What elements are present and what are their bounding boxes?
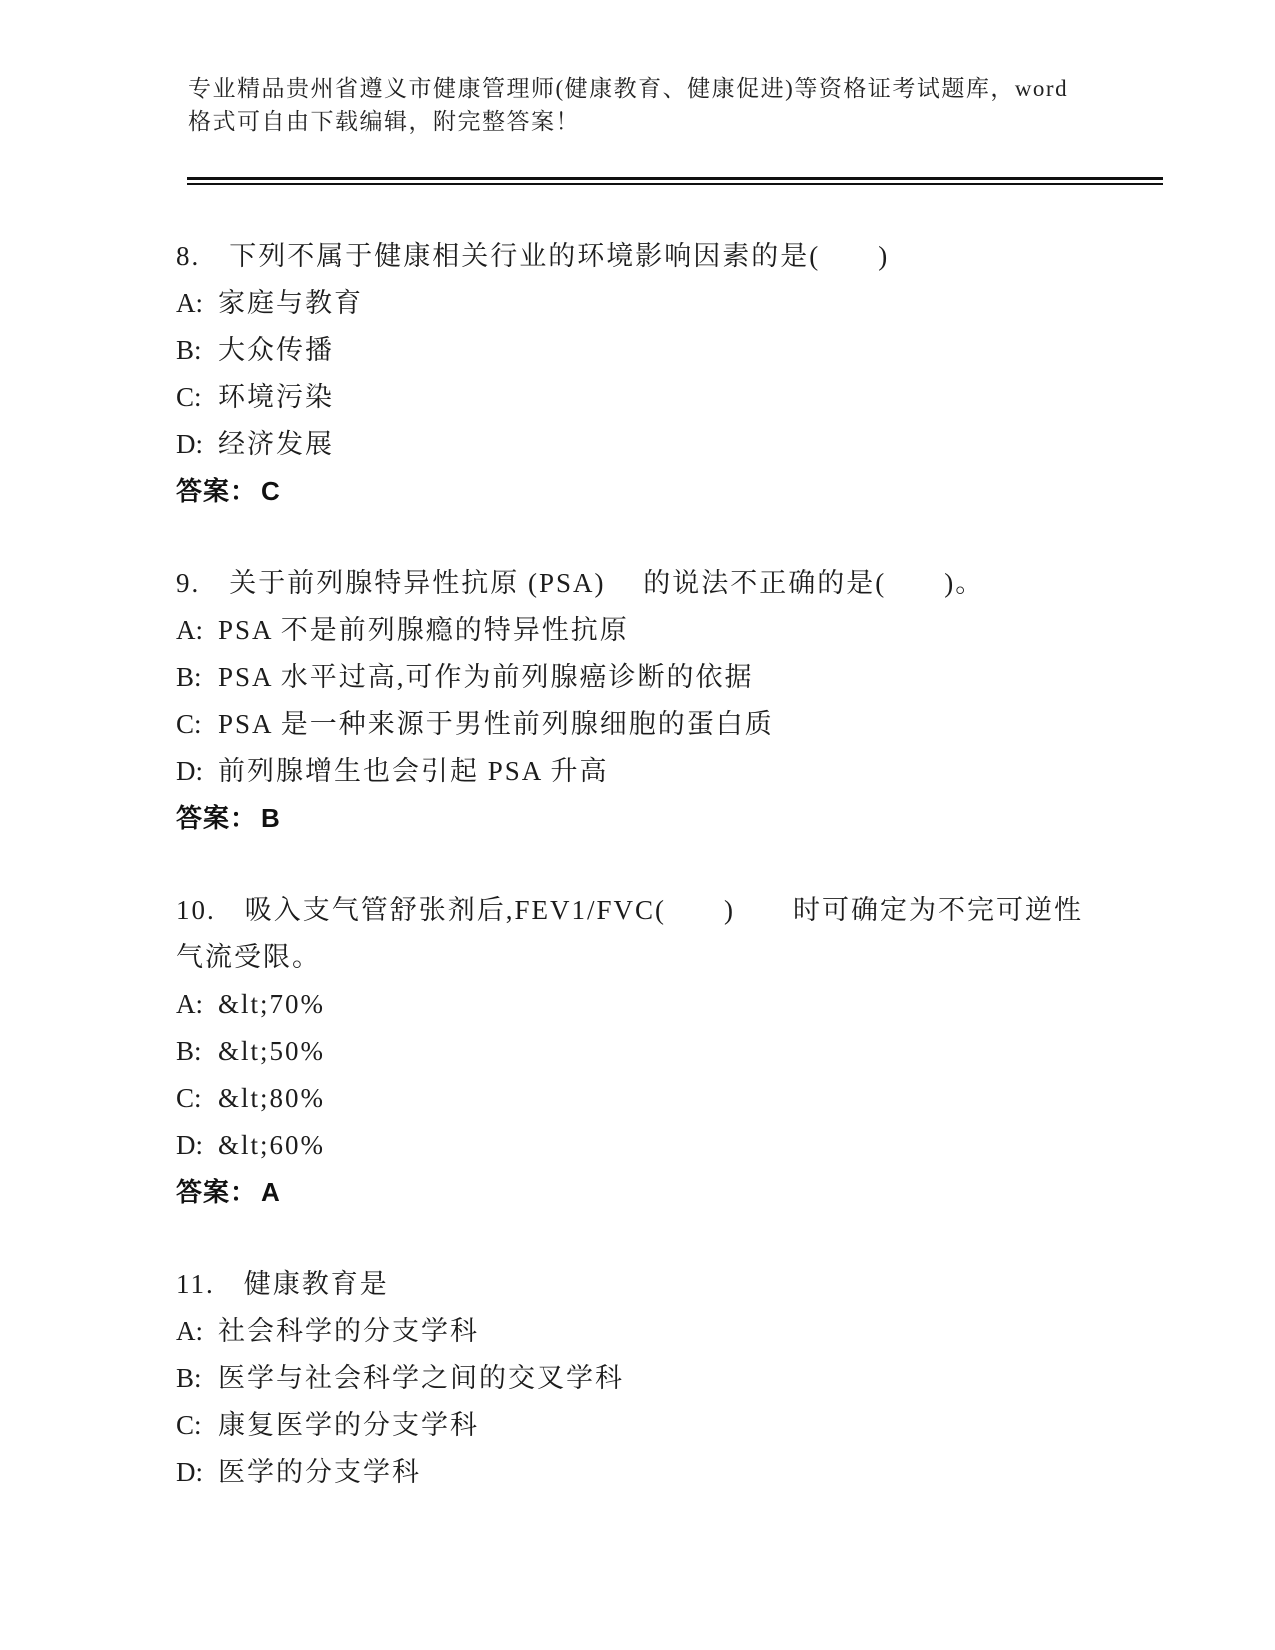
option-text: 家庭与教育 — [218, 288, 363, 318]
option-label: C: — [176, 374, 218, 421]
option-text: 环境污染 — [218, 382, 334, 412]
option-label: A: — [176, 607, 218, 654]
header-divider — [187, 177, 1163, 185]
option-label: D: — [176, 1122, 218, 1169]
option-label: A: — [176, 1308, 218, 1355]
option-row: D:前列腺增生也会引起 PSA 升高 — [176, 748, 1126, 795]
option-text: 社会科学的分支学科 — [218, 1316, 479, 1346]
option-row: C:&lt;80% — [176, 1075, 1126, 1122]
option-text: 医学与社会科学之间的交叉学科 — [218, 1363, 624, 1393]
option-row: D:经济发展 — [176, 421, 1126, 468]
option-label: B: — [176, 1028, 218, 1075]
answer-value: A — [261, 1177, 281, 1207]
question-block-10: 10. 吸入支气管舒张剂后,FEV1/FVC( ) 时可确定为不完可逆性 气流受… — [176, 887, 1126, 1216]
option-label: C: — [176, 701, 218, 748]
option-label: A: — [176, 981, 218, 1028]
question-block-11: 11. 健康教育是 A:社会科学的分支学科 B:医学与社会科学之间的交叉学科 C… — [176, 1261, 1126, 1496]
option-row: C:PSA 是一种来源于男性前列腺细胞的蛋白质 — [176, 701, 1126, 748]
header-line: 专业精品贵州省遵义市健康管理师(健康教育、健康促进)等资格证考试题库，word — [188, 72, 1173, 105]
option-row: B:医学与社会科学之间的交叉学科 — [176, 1355, 1126, 1402]
option-row: D:&lt;60% — [176, 1122, 1126, 1169]
question-title: 9. 关于前列腺特异性抗原 (PSA) 的说法不正确的是( )。 — [176, 560, 1126, 607]
option-text: 大众传播 — [218, 335, 334, 365]
header-line: 格式可自由下载编辑，附完整答案！ — [188, 105, 1173, 138]
option-row: C:康复医学的分支学科 — [176, 1402, 1126, 1449]
option-row: D:医学的分支学科 — [176, 1449, 1126, 1496]
answer-value: B — [261, 803, 281, 833]
answer-line: 答案：C — [176, 468, 1126, 515]
option-row: B:大众传播 — [176, 327, 1126, 374]
question-title-continued: 气流受限。 — [176, 934, 1126, 981]
option-text: &lt;50% — [218, 1036, 325, 1066]
option-label: C: — [176, 1075, 218, 1122]
option-row: A:社会科学的分支学科 — [176, 1308, 1126, 1355]
option-label: A: — [176, 280, 218, 327]
option-label: C: — [176, 1402, 218, 1449]
option-row: B:&lt;50% — [176, 1028, 1126, 1075]
answer-label: 答案： — [176, 803, 257, 833]
option-label: B: — [176, 654, 218, 701]
option-row: B:PSA 水平过高,可作为前列腺癌诊断的依据 — [176, 654, 1126, 701]
option-text: 前列腺增生也会引起 PSA 升高 — [218, 756, 609, 786]
option-text: 医学的分支学科 — [218, 1457, 421, 1487]
divider-line-thin — [187, 183, 1163, 185]
questions-area: 8. 下列不属于健康相关行业的环境影响因素的是( ) A:家庭与教育 B:大众传… — [176, 233, 1126, 1541]
option-label: B: — [176, 327, 218, 374]
document-page: 专业精品贵州省遵义市健康管理师(健康教育、健康促进)等资格证考试题库，word … — [0, 0, 1275, 1650]
option-text: PSA 不是前列腺瘾的特异性抗原 — [218, 615, 629, 645]
question-block-9: 9. 关于前列腺特异性抗原 (PSA) 的说法不正确的是( )。 A:PSA 不… — [176, 560, 1126, 842]
answer-line: 答案：B — [176, 795, 1126, 842]
option-label: D: — [176, 748, 218, 795]
option-text: 经济发展 — [218, 429, 334, 459]
option-row: A:家庭与教育 — [176, 280, 1126, 327]
question-block-8: 8. 下列不属于健康相关行业的环境影响因素的是( ) A:家庭与教育 B:大众传… — [176, 233, 1126, 515]
option-text: &lt;70% — [218, 989, 325, 1019]
answer-line: 答案：A — [176, 1169, 1126, 1216]
question-title: 8. 下列不属于健康相关行业的环境影响因素的是( ) — [176, 233, 1126, 280]
option-text: 康复医学的分支学科 — [218, 1410, 479, 1440]
answer-label: 答案： — [176, 476, 257, 506]
option-text: PSA 水平过高,可作为前列腺癌诊断的依据 — [218, 662, 754, 692]
option-row: A:PSA 不是前列腺瘾的特异性抗原 — [176, 607, 1126, 654]
answer-value: C — [261, 476, 281, 506]
page-header: 专业精品贵州省遵义市健康管理师(健康教育、健康促进)等资格证考试题库，word … — [188, 72, 1173, 138]
question-title: 11. 健康教育是 — [176, 1261, 1126, 1308]
option-row: A:&lt;70% — [176, 981, 1126, 1028]
option-row: C:环境污染 — [176, 374, 1126, 421]
option-text: &lt;80% — [218, 1083, 325, 1113]
option-label: D: — [176, 421, 218, 468]
question-title: 10. 吸入支气管舒张剂后,FEV1/FVC( ) 时可确定为不完可逆性 — [176, 887, 1126, 934]
option-label: D: — [176, 1449, 218, 1496]
answer-label: 答案： — [176, 1177, 257, 1207]
option-text: &lt;60% — [218, 1130, 325, 1160]
option-label: B: — [176, 1355, 218, 1402]
option-text: PSA 是一种来源于男性前列腺细胞的蛋白质 — [218, 709, 774, 739]
